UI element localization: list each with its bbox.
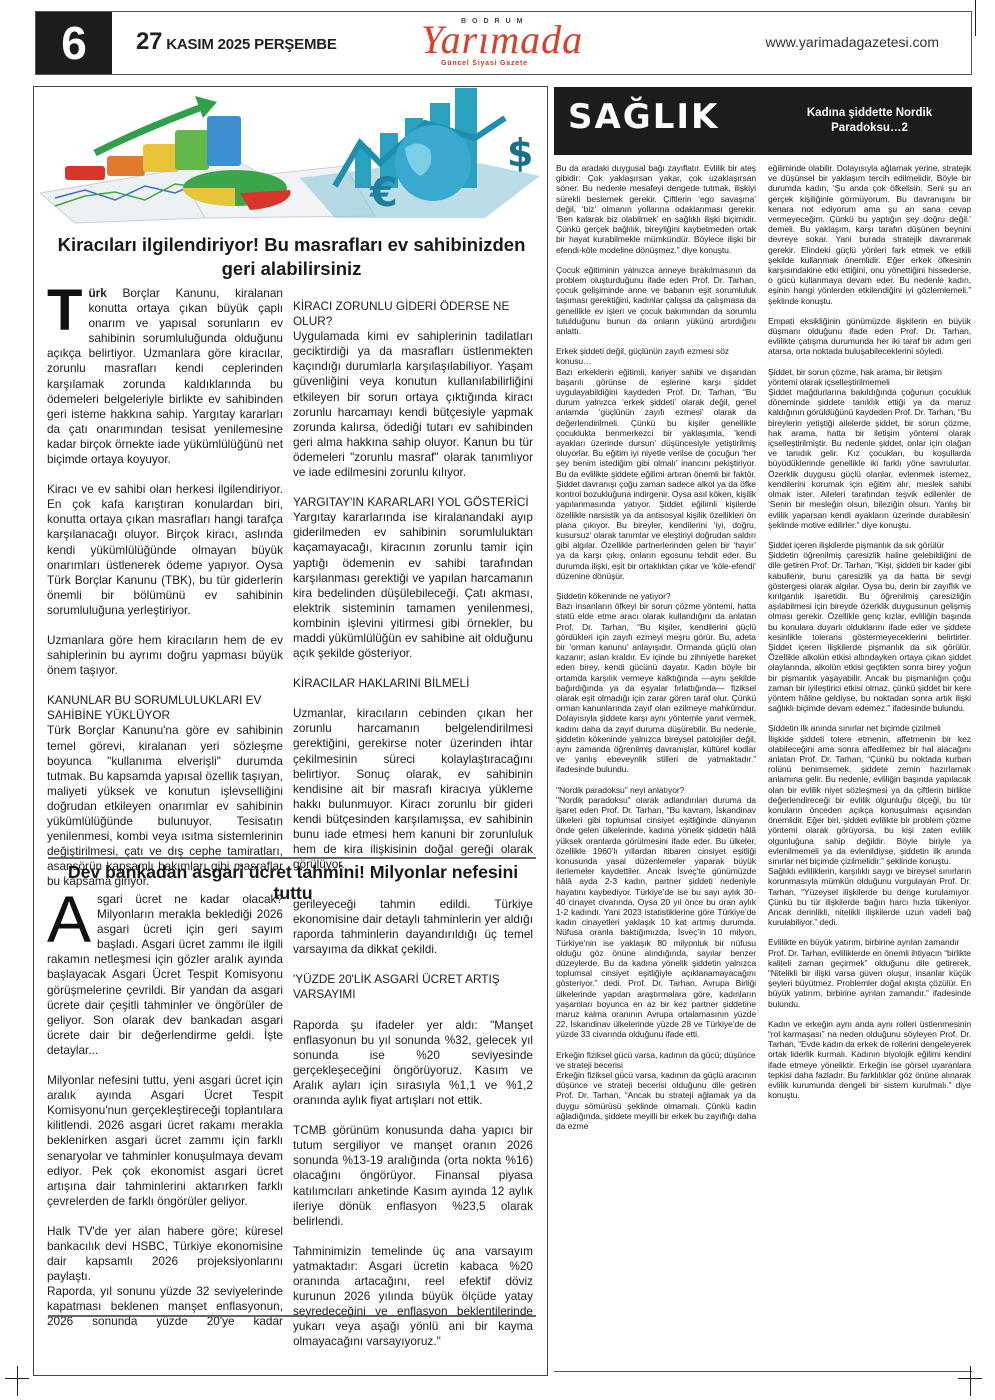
- website-link[interactable]: www.yarimadagazetesi.com: [765, 34, 939, 50]
- article3-paragraph: İlişkide şiddeti tolere etmenin, affetme…: [768, 734, 971, 867]
- article3-subheading: Şiddet, bir sorun çözme, hak arama, bir …: [768, 367, 971, 387]
- article3-subheading: Erkeğin fiziksel gücü varsa, kadının da …: [556, 1050, 756, 1070]
- article1-column-2: KİRACI ZORUNLU GİDERİ ÖDERSE NE OLUR? Uy…: [293, 299, 533, 887]
- article1-paragraph: Yargıtay kararlarında ise kiralanandaki …: [293, 510, 533, 661]
- article3-paragraph: Bu da aradaki duygusal bağı zayıflatır. …: [556, 163, 756, 255]
- article1-paragraph: Uygulamada kimi ev sahiplerinin tadilatl…: [293, 329, 533, 480]
- article2-column-2: gerileyeceği tahmin edildi. Türkiye ekon…: [293, 897, 533, 1364]
- section-header-saglik: SAĞLIK Kadına şiddette Nordik Paradoksu……: [554, 87, 972, 155]
- article3-paragraph: Prof. Dr. Tarhan, evliliklerde en önemli…: [768, 948, 971, 1009]
- crop-mark-icon: [975, 0, 976, 36]
- article3-paragraph: "Nordik paradoksu" olarak adlandırılan d…: [556, 795, 756, 1040]
- newspaper-logo: BODRUM Yarımada Güncel Siyasi Gazete: [421, 18, 596, 70]
- section-title: SAĞLIK: [568, 97, 719, 137]
- article3-subheading: Evlilikte en büyük yatırım, birbirine ay…: [768, 937, 971, 947]
- article3-subheading: Şiddetin ilk anında sınırlar net biçimde…: [768, 723, 971, 733]
- article3-paragraph: Bazı erkeklerin eğitimli, kariyer sahibi…: [556, 367, 756, 581]
- article2-lead-paragraph: Asgari ücret ne kadar olacak? Milyonları…: [47, 892, 283, 1058]
- dropcap-letter: T: [47, 288, 82, 334]
- article2-paragraph-continued: gerileyeceği tahmin edildi. Türkiye ekon…: [293, 897, 533, 957]
- svg-text:$: $: [507, 131, 533, 175]
- logo-wordmark: Yarımada: [421, 20, 583, 60]
- bottom-divider: [48, 1315, 536, 1317]
- article3-column-2: eğiliminde olabilir. Dolayısıyla ağlamak…: [768, 163, 971, 1110]
- article2-paragraph: Raporda, yıl sonunu yüzde 32 seviyelerin…: [47, 1284, 283, 1330]
- article3-subheading: Şiddetin kökeninde ne yatıyor?: [556, 591, 756, 601]
- article3-paragraph: Sağlıklı evliliklerin, karşılıklı saygı …: [768, 866, 971, 927]
- article3-paragraph: Bazı insanların öfkeyi bir sorun çözme y…: [556, 601, 756, 774]
- article1-paragraph: Uzmanlara göre hem kiracıların hem de ev…: [47, 633, 283, 678]
- article2-paragraph: Halk TV'de yer alan habere göre; küresel…: [47, 1224, 283, 1284]
- article-headline-nordik: Kadına şiddette Nordik Paradoksu…2: [782, 106, 957, 136]
- svg-text:€: €: [369, 170, 398, 216]
- date-day: 27: [136, 28, 162, 55]
- article1-subheading: KİRACILAR HAKLARINI BİLMELİ: [293, 676, 533, 691]
- article3-column-1: Bu da aradaki duygusal bağı zayıflatır. …: [556, 163, 756, 1141]
- article3-subheading: "Nordik paradoksu" neyi anlatıyor?: [556, 785, 756, 795]
- article3-subheading: Şiddet içeren ilişkilerde pişmanlık da s…: [768, 540, 971, 550]
- article2-paragraph: TCMB görünüm konusunda daha yapıcı bir t…: [293, 1123, 533, 1229]
- article2-paragraph: Milyonlar nefesini tuttu, yeni asgari üc…: [47, 1073, 283, 1209]
- article2-subheading: 'YÜZDE 20'LİK ASGARİ ÜCRET ARTIŞ VARSAYI…: [293, 972, 533, 1002]
- finance-illustration: € $: [35, 88, 546, 224]
- article1-subheading: YARGITAY'IN KARARLARI YOL GÖSTERİCİ: [293, 495, 533, 510]
- finance-chart-icon: € $: [35, 88, 546, 224]
- crop-mark-icon: [970, 1366, 971, 1396]
- masthead: 6 27KASIM 2025 PERŞEMBE BODRUM Yarımada …: [35, 11, 972, 75]
- issue-date: 27KASIM 2025 PERŞEMBE: [136, 28, 337, 56]
- article1-subheading: KİRACI ZORUNLU GİDERİ ÖDERSE NE OLUR?: [293, 299, 533, 329]
- article2-paragraph: Raporda şu ifadeler yer aldı: "Manşet en…: [293, 1018, 533, 1109]
- article2-column-1: Asgari ücret ne kadar olacak? Milyonları…: [47, 892, 283, 1345]
- article1-lead-paragraph: Türk Borçlar Kanunu, kiralanan konutta o…: [47, 286, 283, 467]
- date-rest: KASIM 2025 PERŞEMBE: [166, 36, 336, 53]
- logo-tagline: Güncel Siyasi Gazete: [441, 60, 528, 67]
- article3-paragraph: Şiddet mağdurlarına bakıldığında çoğunun…: [768, 387, 971, 530]
- page-number: 6: [36, 12, 112, 74]
- article3-paragraph: Erkeğin fiziksel gücü varsa, kadının da …: [556, 1070, 756, 1131]
- article3-paragraph: Kadın ve erkeğin aynı anda aynı rolleri …: [768, 1019, 971, 1101]
- article1-paragraph: Uzmanlar, kiracıların cebinden çıkan her…: [293, 706, 533, 872]
- lead-bold-word: ürk: [88, 286, 106, 300]
- article2-paragraph: Tahminimizin temelinde üç ana varsayım y…: [293, 1244, 533, 1350]
- article-headline-kiracilar: Kiracıları ilgilendiriyor! Bu masrafları…: [54, 233, 529, 281]
- article3-paragraph: eğiliminde olabilir. Dolayısıyla ağlamak…: [768, 163, 971, 306]
- article3-paragraph: Çocuk eğitiminin yalnızca anneye bırakıl…: [556, 265, 756, 336]
- dropcap-letter: A: [47, 894, 91, 944]
- article1-paragraph: Kiracı ve ev sahibi olan herkesi ilgilen…: [47, 482, 283, 618]
- left-articles-box: € $ Kiracıları ilgilendiriyor! Bu masraf…: [33, 86, 548, 1376]
- right-bottom-divider: [554, 1371, 972, 1372]
- crop-mark-icon: [17, 1366, 18, 1396]
- article1-subheading: KANUNLAR BU SORUMLULUKLARI EV SAHİBİNE Y…: [47, 693, 283, 723]
- article3-paragraph: Şiddetin öğrenilmiş çaresizlik haline ge…: [768, 550, 971, 713]
- article3-paragraph: Empati eksikliğinin günümüzde ilişkileri…: [768, 316, 971, 357]
- article3-subheading: Erkek şiddeti değil, güçlünün zayıfı ezm…: [556, 346, 756, 366]
- article1-column-1: Türk Borçlar Kanunu, kiralanan konutta o…: [47, 286, 283, 904]
- section-divider: [48, 857, 536, 859]
